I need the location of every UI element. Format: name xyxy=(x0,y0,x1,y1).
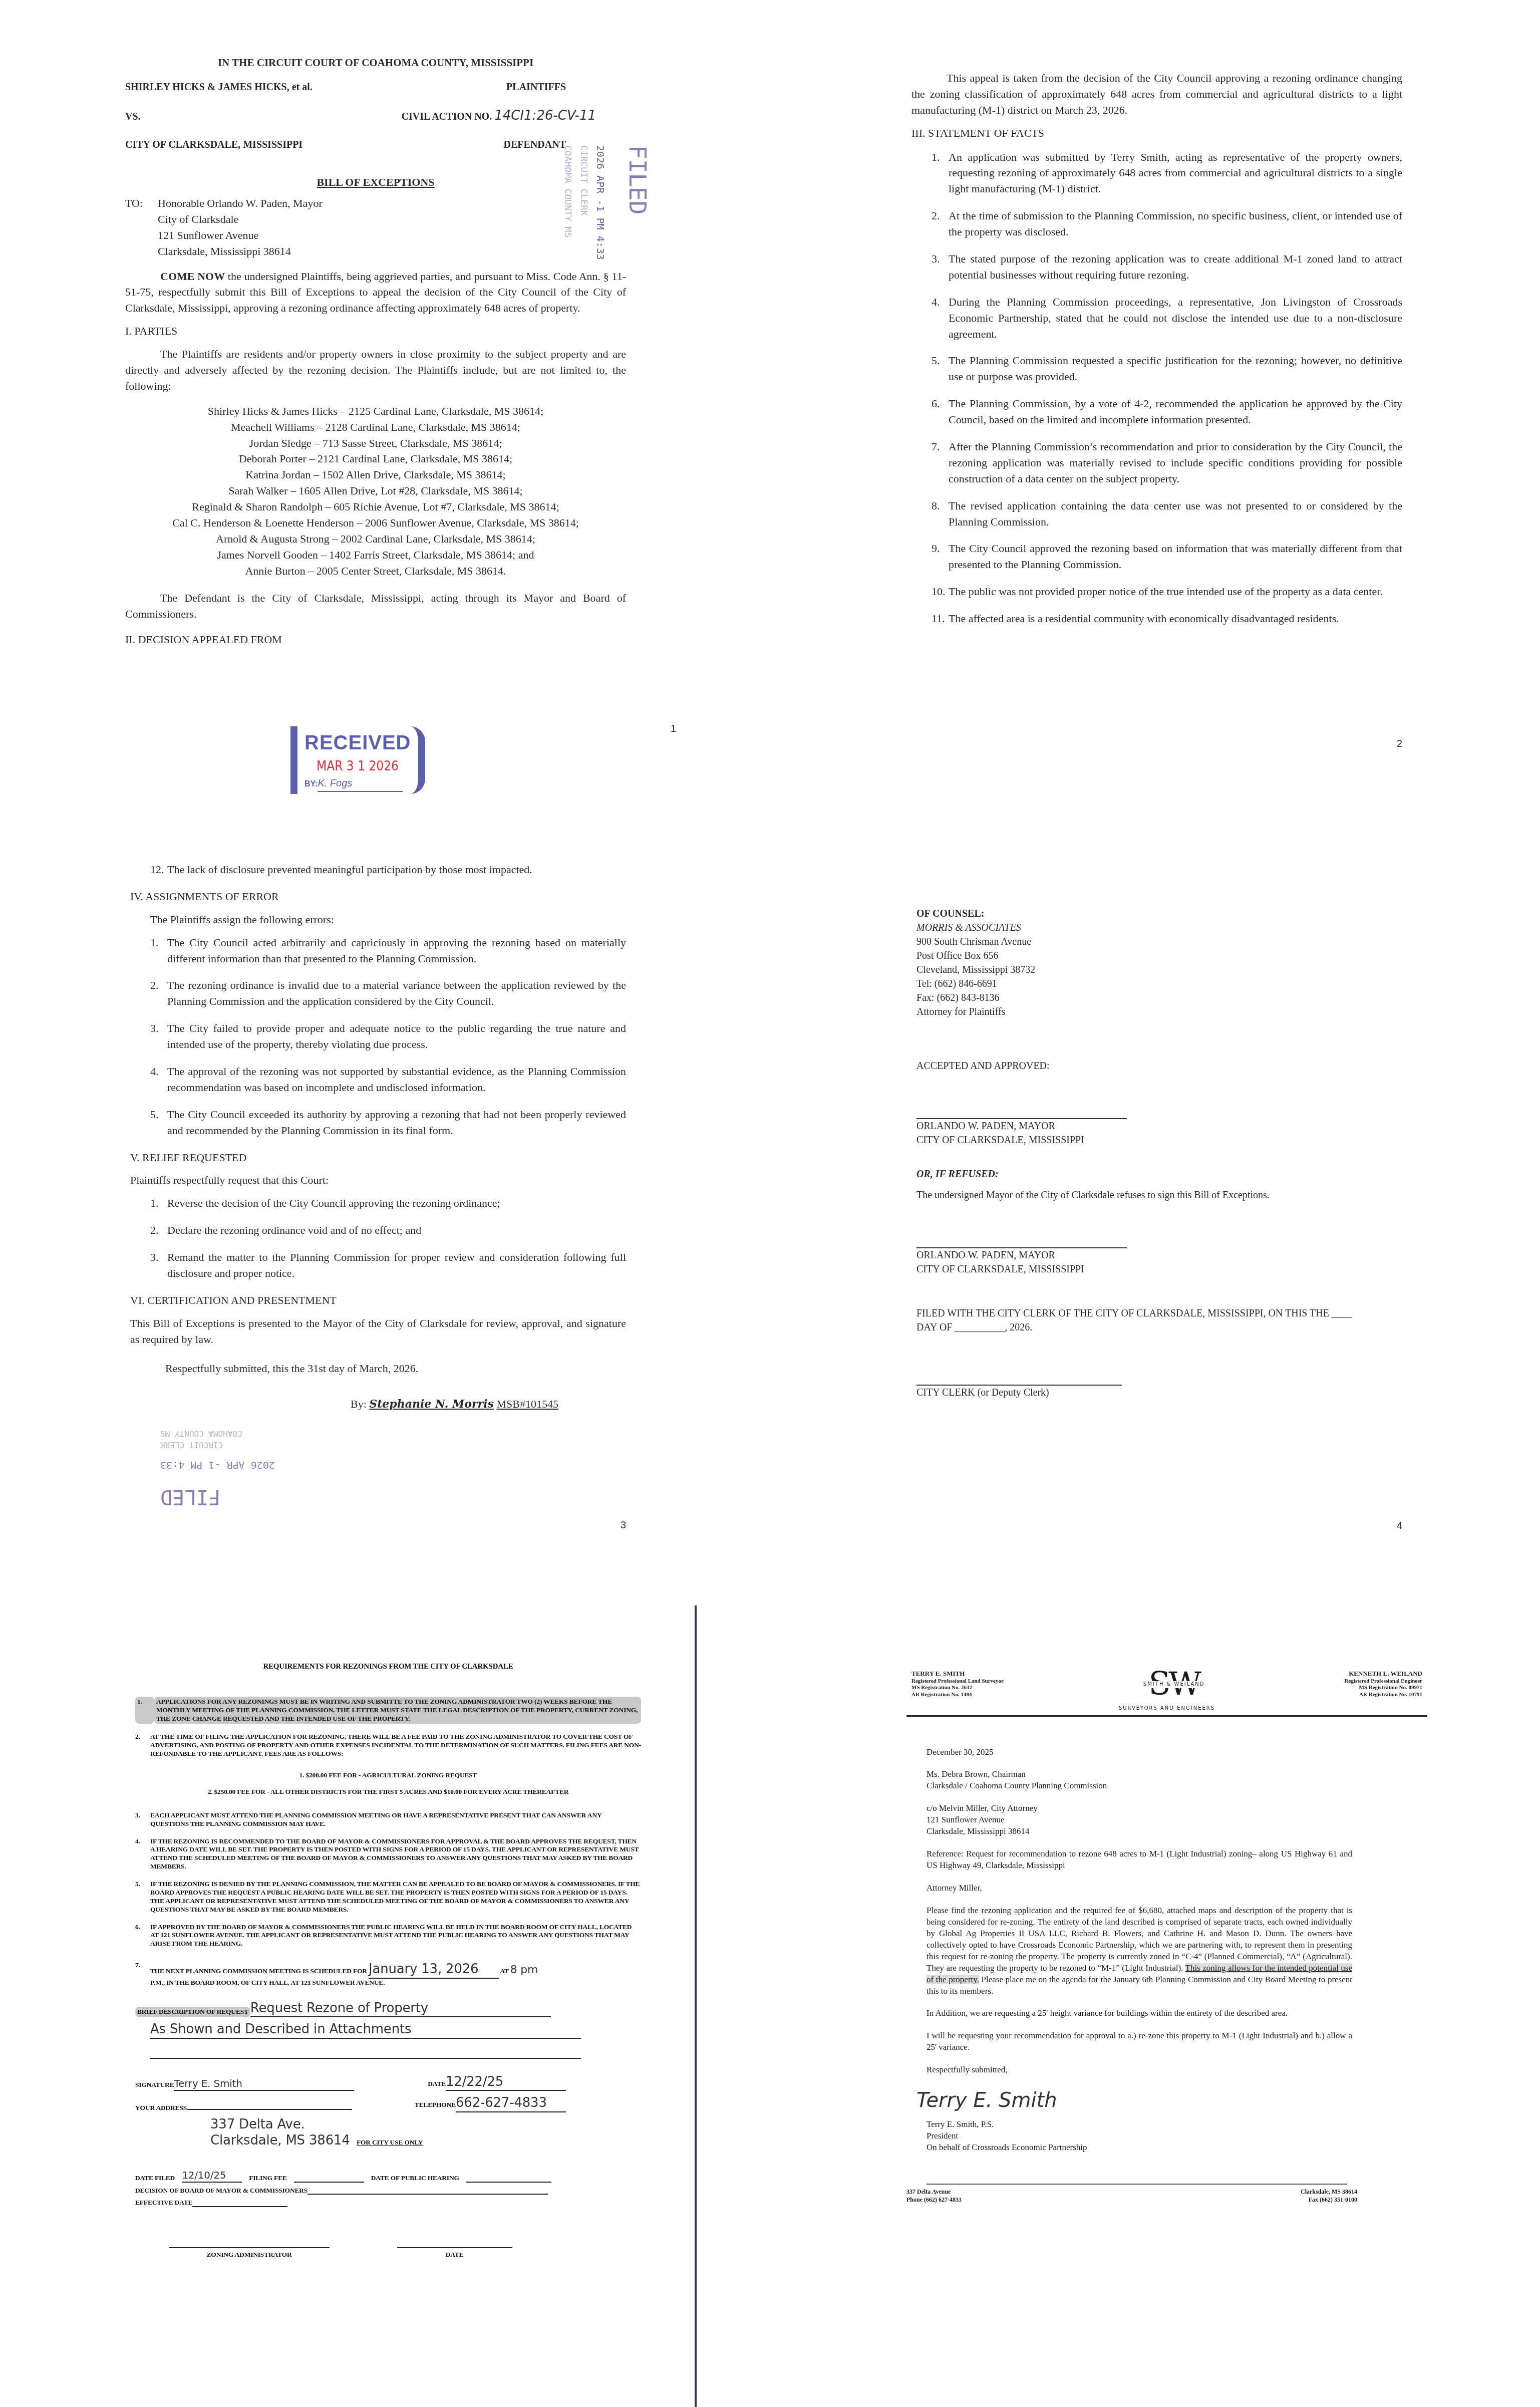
right-credential: Registered Professional Engineer xyxy=(1345,1678,1422,1685)
signature-date-row: SIGNATURETerry E. Smith DATE12/22/25 xyxy=(135,2074,566,2091)
logo-subtitle: SURVEYORS AND ENGINEERS xyxy=(906,1705,1427,1712)
by-label: By: xyxy=(351,1398,367,1410)
administrator-date-label: DATE xyxy=(397,2251,512,2259)
page-number: 1 xyxy=(671,722,676,736)
section-facts-heading: III. STATEMENT OF FACTS xyxy=(911,125,1402,141)
decision-field[interactable] xyxy=(307,2194,548,2195)
filed-stamp-datetime: 2026 APR -1 PM 4:33 xyxy=(593,145,607,260)
right-credential: AR Registration No. 10791 xyxy=(1345,1692,1422,1699)
administrator-row: ZONING ADMINISTRATOR DATE xyxy=(135,2242,546,2259)
brief-description-line2[interactable]: As Shown and Described in Attachments xyxy=(150,2021,581,2039)
letterhead: TERRY E. SMITH Registered Professional L… xyxy=(906,1668,1427,1700)
refused-text: The undersigned Mayor of the City of Cla… xyxy=(916,1188,1402,1202)
intro-lead: COME NOW xyxy=(160,270,225,283)
intro-paragraph: COME NOW the undersigned Plaintiffs, bei… xyxy=(125,269,626,317)
recipient-block: Ms. Debra Brown, ChairmanClarksdale / Co… xyxy=(927,1769,1352,1792)
filed-stamp-mirrored: FILED 2026 APR -1 PM 4:33 CIRCUIT CLERK … xyxy=(160,1428,275,1511)
fact-item: 8.The revised application containing the… xyxy=(932,498,1402,530)
mayor-name: ORLANDO W. PADEN, MAYOR xyxy=(916,1248,1402,1262)
mayor-city: CITY OF CLARKSDALE, MISSISSIPPI xyxy=(916,1262,1402,1276)
plaintiff-entry: James Norvell Gooden – 1402 Farris Stree… xyxy=(145,547,606,563)
firm-name: MORRIS & ASSOCIATES xyxy=(916,921,1402,935)
filed-stamp-county: COAHOMA COUNTY MS xyxy=(160,1428,275,1439)
page-number: 4 xyxy=(1397,1519,1402,1533)
closing: Respectfully submitted, xyxy=(927,2064,1352,2076)
right-name: KENNETH L. WEILAND xyxy=(1345,1670,1422,1678)
fact-item: 10.The public was not provided proper no… xyxy=(932,584,1402,600)
form-item: 6.IF APPROVED BY THE BOARD OF MAYOR & CO… xyxy=(135,1923,641,1949)
document-title: BILL OF EXCEPTIONS xyxy=(125,174,626,190)
rezoning-requirements-form: REQUIREMENTS FOR REZONINGS FROM THE CITY… xyxy=(135,1653,641,2364)
addressee-line: Clarksdale, Mississippi 38614 xyxy=(158,243,323,259)
submitted-line: Respectfully submitted, this the 31st da… xyxy=(165,1361,626,1377)
date-field[interactable]: 12/22/25 xyxy=(446,2074,566,2091)
plaintiff-entry: Sarah Walker – 1605 Allen Drive, Lot #28… xyxy=(145,483,606,499)
address-telephone-row: YOUR ADDRESS TELEPHONE662-627-4833 xyxy=(135,2095,566,2112)
plaintiff-entry: Katrina Jordan – 1502 Allen Drive, Clark… xyxy=(145,467,606,483)
court-caption: IN THE CIRCUIT COURT OF COAHOMA COUNTY, … xyxy=(125,55,626,70)
error-item: 2.The rezoning ordinance is invalid due … xyxy=(150,977,626,1009)
addressee-block: Honorable Orlando W. Paden, Mayor City o… xyxy=(158,195,323,259)
refused-label: OR, IF REFUSED: xyxy=(916,1167,1402,1181)
form-item: 5.IF THE REZONING IS DENIED BY THE PLANN… xyxy=(135,1880,641,1914)
civil-action-number: 14CI1:26-CV-11 xyxy=(494,108,596,123)
mayor-city: CITY OF CLARKSDALE, MISSISSIPPI xyxy=(916,1133,1402,1147)
administrator-date-line[interactable] xyxy=(397,2247,512,2248)
fact-item: 7.After the Planning Commission’s recomm… xyxy=(932,439,1402,487)
filed-with-clerk: FILED WITH THE CITY CLERK OF THE CITY OF… xyxy=(916,1306,1367,1334)
filed-stamp-clerk: CIRCUIT CLERK xyxy=(577,145,590,260)
body-paragraph: I will be requesting your recommendation… xyxy=(927,2030,1352,2053)
letterhead-rule xyxy=(906,1715,1427,1717)
fact-item: 5.The Planning Commission requested a sp… xyxy=(932,353,1402,385)
body-paragraph: Please find the rezoning application and… xyxy=(927,1905,1352,1997)
administrator-signature-line[interactable] xyxy=(169,2247,330,2248)
effective-date-row: EFFECTIVE DATE xyxy=(135,2199,641,2207)
care-of-block: c/o Melvin Miller, City Attorney121 Sunf… xyxy=(927,1803,1352,1837)
counsel-label: OF COUNSEL: xyxy=(916,907,1402,921)
defendant-label: DEFENDANT xyxy=(504,138,566,152)
form-item: 2. AT THE TIME OF FILING THE APPLICATION… xyxy=(135,1733,641,1758)
public-hearing-label: DATE OF PUBLIC HEARING xyxy=(371,2174,459,2183)
filing-row: DATE FILED12/10/25 FILING FEE DATE OF PU… xyxy=(135,2169,641,2183)
error-item: 5.The City Council exceeded its authorit… xyxy=(150,1107,626,1139)
signature-field[interactable]: Terry E. Smith xyxy=(174,2077,354,2091)
decision-label: DECISION OF BOARD OF MAYOR & COMMISSIONE… xyxy=(135,2187,307,2195)
decision-row: DECISION OF BOARD OF MAYOR & COMMISSIONE… xyxy=(135,2187,641,2195)
address-field[interactable] xyxy=(187,2109,352,2110)
telephone-field[interactable]: 662-627-4833 xyxy=(456,2095,566,2112)
fact-item: 6.The Planning Commission, by a vote of … xyxy=(932,396,1402,428)
form-item: 4.IF THE REZONING IS RECOMMENDED TO THE … xyxy=(135,1837,641,1871)
plaintiff-entry: Reginald & Sharon Randolph – 605 Richie … xyxy=(145,499,606,515)
defendant-name: CITY OF CLARKSDALE, MISSISSIPPI xyxy=(125,138,302,152)
errors-list: 1.The City Council acted arbitrarily and… xyxy=(130,935,626,1139)
left-credential: AR Registration No. 1484 xyxy=(911,1692,1004,1699)
bill-page-4: OF COUNSEL: MORRIS & ASSOCIATES 900 Sout… xyxy=(916,907,1402,1553)
received-stamp: RECEIVED MAR 3 1 2026 BY:K. Fogs xyxy=(290,726,425,794)
address-line2: Clarksdale, MS 38614 xyxy=(210,2132,350,2149)
page-divider xyxy=(695,1606,697,2407)
page-number: 3 xyxy=(621,1518,626,1533)
left-name: TERRY E. SMITH xyxy=(911,1670,1004,1678)
plaintiffs-name: SHIRLEY HICKS & JAMES HICKS, et al. xyxy=(125,80,313,95)
fact-item: 1.An application was submitted by Terry … xyxy=(932,149,1402,197)
filing-fee-field[interactable] xyxy=(294,2182,364,2183)
plaintiffs-label: PLAINTIFFS xyxy=(506,80,566,95)
form-item-meeting: 7. THE NEXT PLANNING COMMISSION MEETING … xyxy=(135,1961,641,1987)
counsel-address-line: Cleveland, Mississippi 38732 xyxy=(916,963,1402,977)
clerk-label: CITY CLERK (or Deputy Clerk) xyxy=(916,1386,1402,1400)
civil-action-label: CIVIL ACTION NO. xyxy=(402,111,492,122)
received-date: MAR 3 1 2026 xyxy=(317,757,411,776)
received-label: RECEIVED xyxy=(304,728,411,757)
section-errors-heading: IV. ASSIGNMENTS OF ERROR xyxy=(130,889,626,905)
form-item-text: AT THE TIME OF FILING THE APPLICATION FO… xyxy=(150,1733,641,1758)
received-by-signature: K. Fogs xyxy=(318,776,403,792)
letter-footer: 337 Delta AvenuePhone (662) 627-4833 Cla… xyxy=(906,2188,1427,2204)
meeting-date-field[interactable]: January 13, 2026 xyxy=(369,1961,499,1979)
received-by: BY:K. Fogs xyxy=(304,776,411,792)
bill-page-1: IN THE CIRCUIT COURT OF COAHOMA COUNTY, … xyxy=(125,55,626,766)
fact-item: 12.The lack of disclosure prevented mean… xyxy=(150,862,626,878)
plaintiff-entry: Jordan Sledge – 713 Sasse Street, Clarks… xyxy=(145,435,606,451)
fee-line: 2. $250.00 FEE FOR - ALL OTHER DISTRICTS… xyxy=(135,1788,641,1796)
footer-address: 337 Delta Avenue xyxy=(906,2188,962,2196)
salutation: Attorney Miller, xyxy=(927,1883,1352,1894)
reference-line: Reference: Request for recommendation to… xyxy=(927,1848,1352,1871)
plaintiff-entry: Annie Burton – 2005 Center Street, Clark… xyxy=(145,563,606,579)
attorney-signature-line: By: Stephanie N. Morris MSB#101545 xyxy=(351,1396,626,1413)
bill-page-2: This appeal is taken from the decision o… xyxy=(911,70,1402,771)
left-credential: Registered Professional Land Surveyor xyxy=(911,1678,1004,1685)
vs-label: VS. xyxy=(125,110,141,124)
telephone-label: TELEPHONE xyxy=(415,2101,456,2108)
relief-item: 2.Declare the rezoning ordinance void an… xyxy=(150,1222,626,1238)
facts-list: 1.An application was submitted by Terry … xyxy=(911,149,1402,627)
relief-list: 1.Reverse the decision of the City Counc… xyxy=(130,1195,626,1281)
relief-item: 3.Remand the matter to the Planning Comm… xyxy=(150,1249,626,1281)
left-credential: MS Registration No. 2632 xyxy=(911,1685,1004,1692)
addressee-line: City of Clarksdale xyxy=(158,211,323,227)
mayor-name: ORLANDO W. PADEN, MAYOR xyxy=(916,1119,1402,1133)
addressee-line: 121 Sunflower Avenue xyxy=(158,227,323,243)
bill-page-3: 12.The lack of disclosure prevented mean… xyxy=(130,862,626,1553)
smith-weiland-letter: TERRY E. SMITH Registered Professional L… xyxy=(906,1653,1427,2394)
fact-item: 4.During the Planning Commission proceed… xyxy=(932,294,1402,342)
fee-line: 1. $200.00 FEE FOR - AGRICULTURAL ZONING… xyxy=(135,1771,641,1780)
address-line1: 337 Delta Ave. xyxy=(210,2116,641,2133)
relief-item: 1.Reverse the decision of the City Counc… xyxy=(150,1195,626,1211)
plaintiff-entry: Arnold & Augusta Strong – 2002 Cardinal … xyxy=(145,531,606,547)
footer-city: Clarksdale, MS 38614 xyxy=(1301,2188,1357,2196)
company-logo: SW SMITH & WEILAND xyxy=(1144,1668,1204,1700)
section-relief-heading: V. RELIEF REQUESTED xyxy=(130,1150,626,1166)
bar-number: MSB#101545 xyxy=(496,1398,558,1410)
accepted-label: ACCEPTED AND APPROVED: xyxy=(916,1059,1402,1073)
filed-stamp-county: COAHOMA COUNTY MS xyxy=(561,145,574,260)
letterhead-left: TERRY E. SMITH Registered Professional L… xyxy=(911,1670,1004,1699)
meeting-time-field[interactable]: 8 pm xyxy=(510,1964,538,1976)
fact-item: 3.The stated purpose of the rezoning app… xyxy=(932,251,1402,283)
error-item: 1.The City Council acted arbitrarily and… xyxy=(150,935,626,967)
certification-paragraph: This Bill of Exceptions is presented to … xyxy=(130,1315,626,1348)
brief-description-label: BRIEF DESCRIPTION OF REQUEST xyxy=(135,2007,250,2017)
section-parties-heading: I. PARTIES xyxy=(125,323,626,339)
address-label: YOUR ADDRESS xyxy=(135,2104,187,2111)
plaintiffs-list: Shirley Hicks & James Hicks – 2125 Cardi… xyxy=(125,403,626,579)
section-decision-heading: II. DECISION APPEALED FROM xyxy=(125,632,626,648)
relief-intro: Plaintiffs respectfully request that thi… xyxy=(130,1172,626,1188)
date-label: DATE xyxy=(428,2080,446,2087)
counsel-address-line: Post Office Box 656 xyxy=(916,949,1402,963)
counsel-address-line: 900 South Chrisman Avenue xyxy=(916,935,1402,949)
form-item: 3.EACH APPLICANT MUST ATTEND THE PLANNIN… xyxy=(135,1811,641,1828)
date-filed-label: DATE FILED xyxy=(135,2174,175,2183)
plaintiff-entry: Shirley Hicks & James Hicks – 2125 Cardi… xyxy=(145,403,606,419)
counsel-fax: Fax: (662) 843-8136 xyxy=(916,991,1402,1005)
form-item-text-highlighted: APPLICATIONS FOR ANY REZONINGS MUST BE I… xyxy=(154,1697,641,1724)
filed-stamp: COAHOMA COUNTY MS CIRCUIT CLERK 2026 APR… xyxy=(561,145,654,260)
date-filed-field[interactable]: 12/10/25 xyxy=(182,2169,242,2183)
brief-description-line1[interactable]: Request Rezone of Property xyxy=(250,2000,551,2018)
filed-stamp-label: FILED xyxy=(621,145,654,260)
error-item: 3.The City failed to provide proper and … xyxy=(150,1020,626,1052)
defendant-paragraph: The Defendant is the City of Clarksdale,… xyxy=(125,590,626,622)
attorney-signature: Stephanie N. Morris xyxy=(369,1398,494,1411)
fact-item: 2.At the time of submission to the Plann… xyxy=(932,208,1402,240)
counsel-role: Attorney for Plaintiffs xyxy=(916,1005,1402,1019)
plaintiff-entry: Deborah Porter – 2121 Cardinal Lane, Cla… xyxy=(145,451,606,467)
right-credential: MS Registration No. 09971 xyxy=(1345,1685,1422,1692)
city-use-label: FOR CITY USE ONLY xyxy=(357,2138,423,2146)
brief-description-line3[interactable] xyxy=(150,2043,581,2059)
plaintiff-entry: Meachell Williams – 2128 Cardinal Lane, … xyxy=(145,419,606,435)
footer-phone: Phone (662) 627-4833 xyxy=(906,2196,962,2204)
footer-fax: Fax (662) 351-0100 xyxy=(1301,2196,1357,2204)
filed-stamp-label: FILED xyxy=(160,1482,275,1511)
form-item: 1. APPLICATIONS FOR ANY REZONINGS MUST B… xyxy=(135,1697,641,1724)
form-title: REQUIREMENTS FOR REZONINGS FROM THE CITY… xyxy=(135,1662,641,1672)
body-paragraph: In Addition, we are requesting a 25' hei… xyxy=(927,2008,1352,2019)
public-hearing-field[interactable] xyxy=(466,2182,551,2183)
addressee-line: Honorable Orlando W. Paden, Mayor xyxy=(158,195,323,211)
letterhead-right: KENNETH L. WEILAND Registered Profession… xyxy=(1345,1670,1422,1699)
counsel-phone: Tel: (662) 846-6691 xyxy=(916,977,1402,991)
parties-intro: The Plaintiffs are residents and/or prop… xyxy=(125,346,626,394)
letter-date: December 30, 2025 xyxy=(927,1747,1352,1758)
brief-description-field: BRIEF DESCRIPTION OF REQUEST Request Rez… xyxy=(135,2000,641,2018)
received-by-label: BY: xyxy=(304,780,318,788)
page-number: 2 xyxy=(1397,737,1402,751)
fact-item: 9.The City Council approved the rezoning… xyxy=(932,541,1402,573)
section-certification-heading: VI. CERTIFICATION AND PRESENTMENT xyxy=(130,1292,626,1308)
effective-date-field[interactable] xyxy=(192,2206,287,2207)
signature-label: SIGNATURE xyxy=(135,2081,174,2088)
decision-paragraph: This appeal is taken from the decision o… xyxy=(911,70,1402,118)
footer-rule xyxy=(927,2184,1347,2185)
administrator-label: ZONING ADMINISTRATOR xyxy=(169,2251,330,2259)
errors-intro: The Plaintiffs assign the following erro… xyxy=(150,912,626,928)
error-item: 4.The approval of the rezoning was not s… xyxy=(150,1063,626,1096)
to-label: TO: xyxy=(125,195,158,259)
fact-continued-list: 12.The lack of disclosure prevented mean… xyxy=(130,862,626,878)
plaintiff-entry: Cal C. Henderson & Loenette Henderson – … xyxy=(145,515,606,531)
letter-signature: Terry E. Smith xyxy=(916,2087,1352,2114)
signer-block: Terry E. Smith, P.S. President On behalf… xyxy=(927,2119,1352,2154)
logo-firm-name: SMITH & WEILAND xyxy=(1139,1681,1209,1688)
effective-date-label: EFFECTIVE DATE xyxy=(135,2199,192,2207)
filed-stamp-clerk: CIRCUIT CLERK xyxy=(160,1439,275,1451)
filed-stamp-datetime: 2026 APR -1 PM 4:33 xyxy=(160,1458,275,1472)
filing-fee-label: FILING FEE xyxy=(249,2174,287,2183)
fact-item: 11.The affected area is a residential co… xyxy=(932,611,1402,627)
